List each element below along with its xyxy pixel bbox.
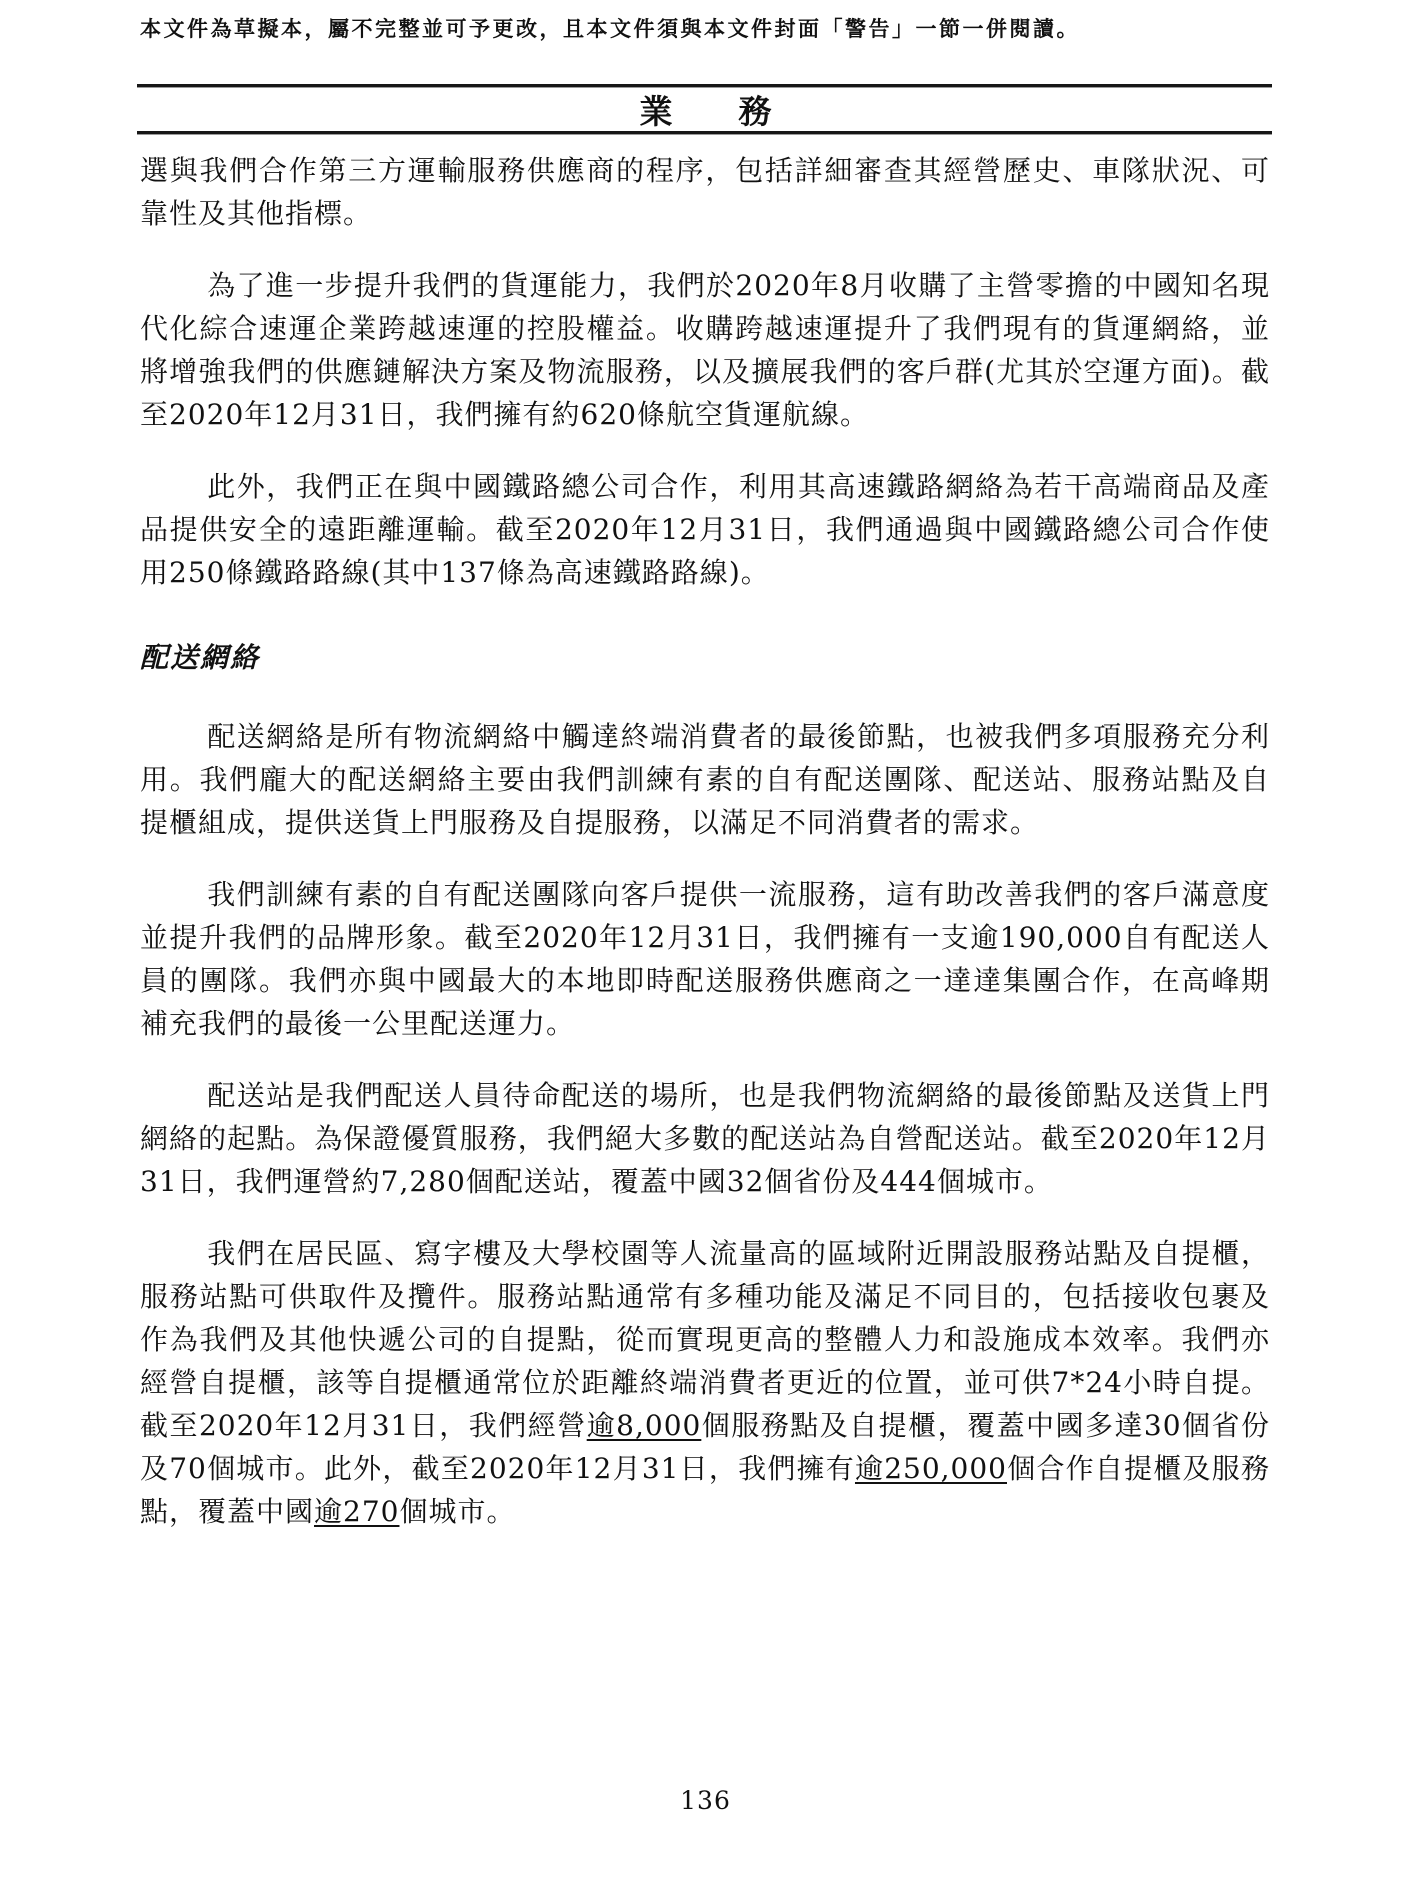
paragraph-railway-cooperation: 此外，我們正在與中國鐵路總公司合作，利用其高速鐵路網絡為若干高端商品及產品提供安… [140,465,1270,594]
title-rule-bottom [137,131,1272,135]
paragraph-delivery-team: 我們訓練有素的自有配送團隊向客戶提供一流服務，這有助改善我們的客戶滿意度並提升我… [140,873,1270,1045]
page-number: 136 [0,1786,1411,1815]
p7-underlined-value-2: 逾250,000 [855,1452,1007,1485]
paragraph-freight-acquisition: 為了進一步提升我們的貨運能力，我們於2020年8月收購了主營零擔的中國知名現代化… [140,264,1270,436]
p7-underlined-value-1: 逾8,000 [587,1409,702,1442]
paragraph-network-overview: 配送網絡是所有物流網絡中觸達終端消費者的最後節點，也被我們多項服務充分利用。我們… [140,715,1270,844]
section-title: 業 務 [0,86,1411,133]
paragraph-service-points: 我們在居民區、寫字樓及大學校園等人流量高的區域附近開設服務站點及自提櫃，服務站點… [140,1232,1270,1533]
p7-underlined-value-3: 逾270 [314,1495,399,1528]
p7-text-4: 個城市。 [399,1495,515,1528]
document-page: 本文件為草擬本，屬不完整並可予更改，且本文件須與本文件封面「警告」一節一併閱讀。… [0,0,1411,1881]
paragraph-delivery-stations: 配送站是我們配送人員待命配送的場所，也是我們物流網絡的最後節點及送貨上門網絡的起… [140,1074,1270,1203]
paragraph-carrier-selection: 選與我們合作第三方運輸服務供應商的程序，包括詳細審查其經營歷史、車隊狀況、可靠性… [140,149,1270,235]
document-body: 選與我們合作第三方運輸服務供應商的程序，包括詳細審查其經營歷史、車隊狀況、可靠性… [140,149,1270,1562]
draft-disclaimer: 本文件為草擬本，屬不完整並可予更改，且本文件須與本文件封面「警告」一節一併閱讀。 [140,13,1080,43]
subheading-delivery-network: 配送網絡 [140,636,1270,679]
